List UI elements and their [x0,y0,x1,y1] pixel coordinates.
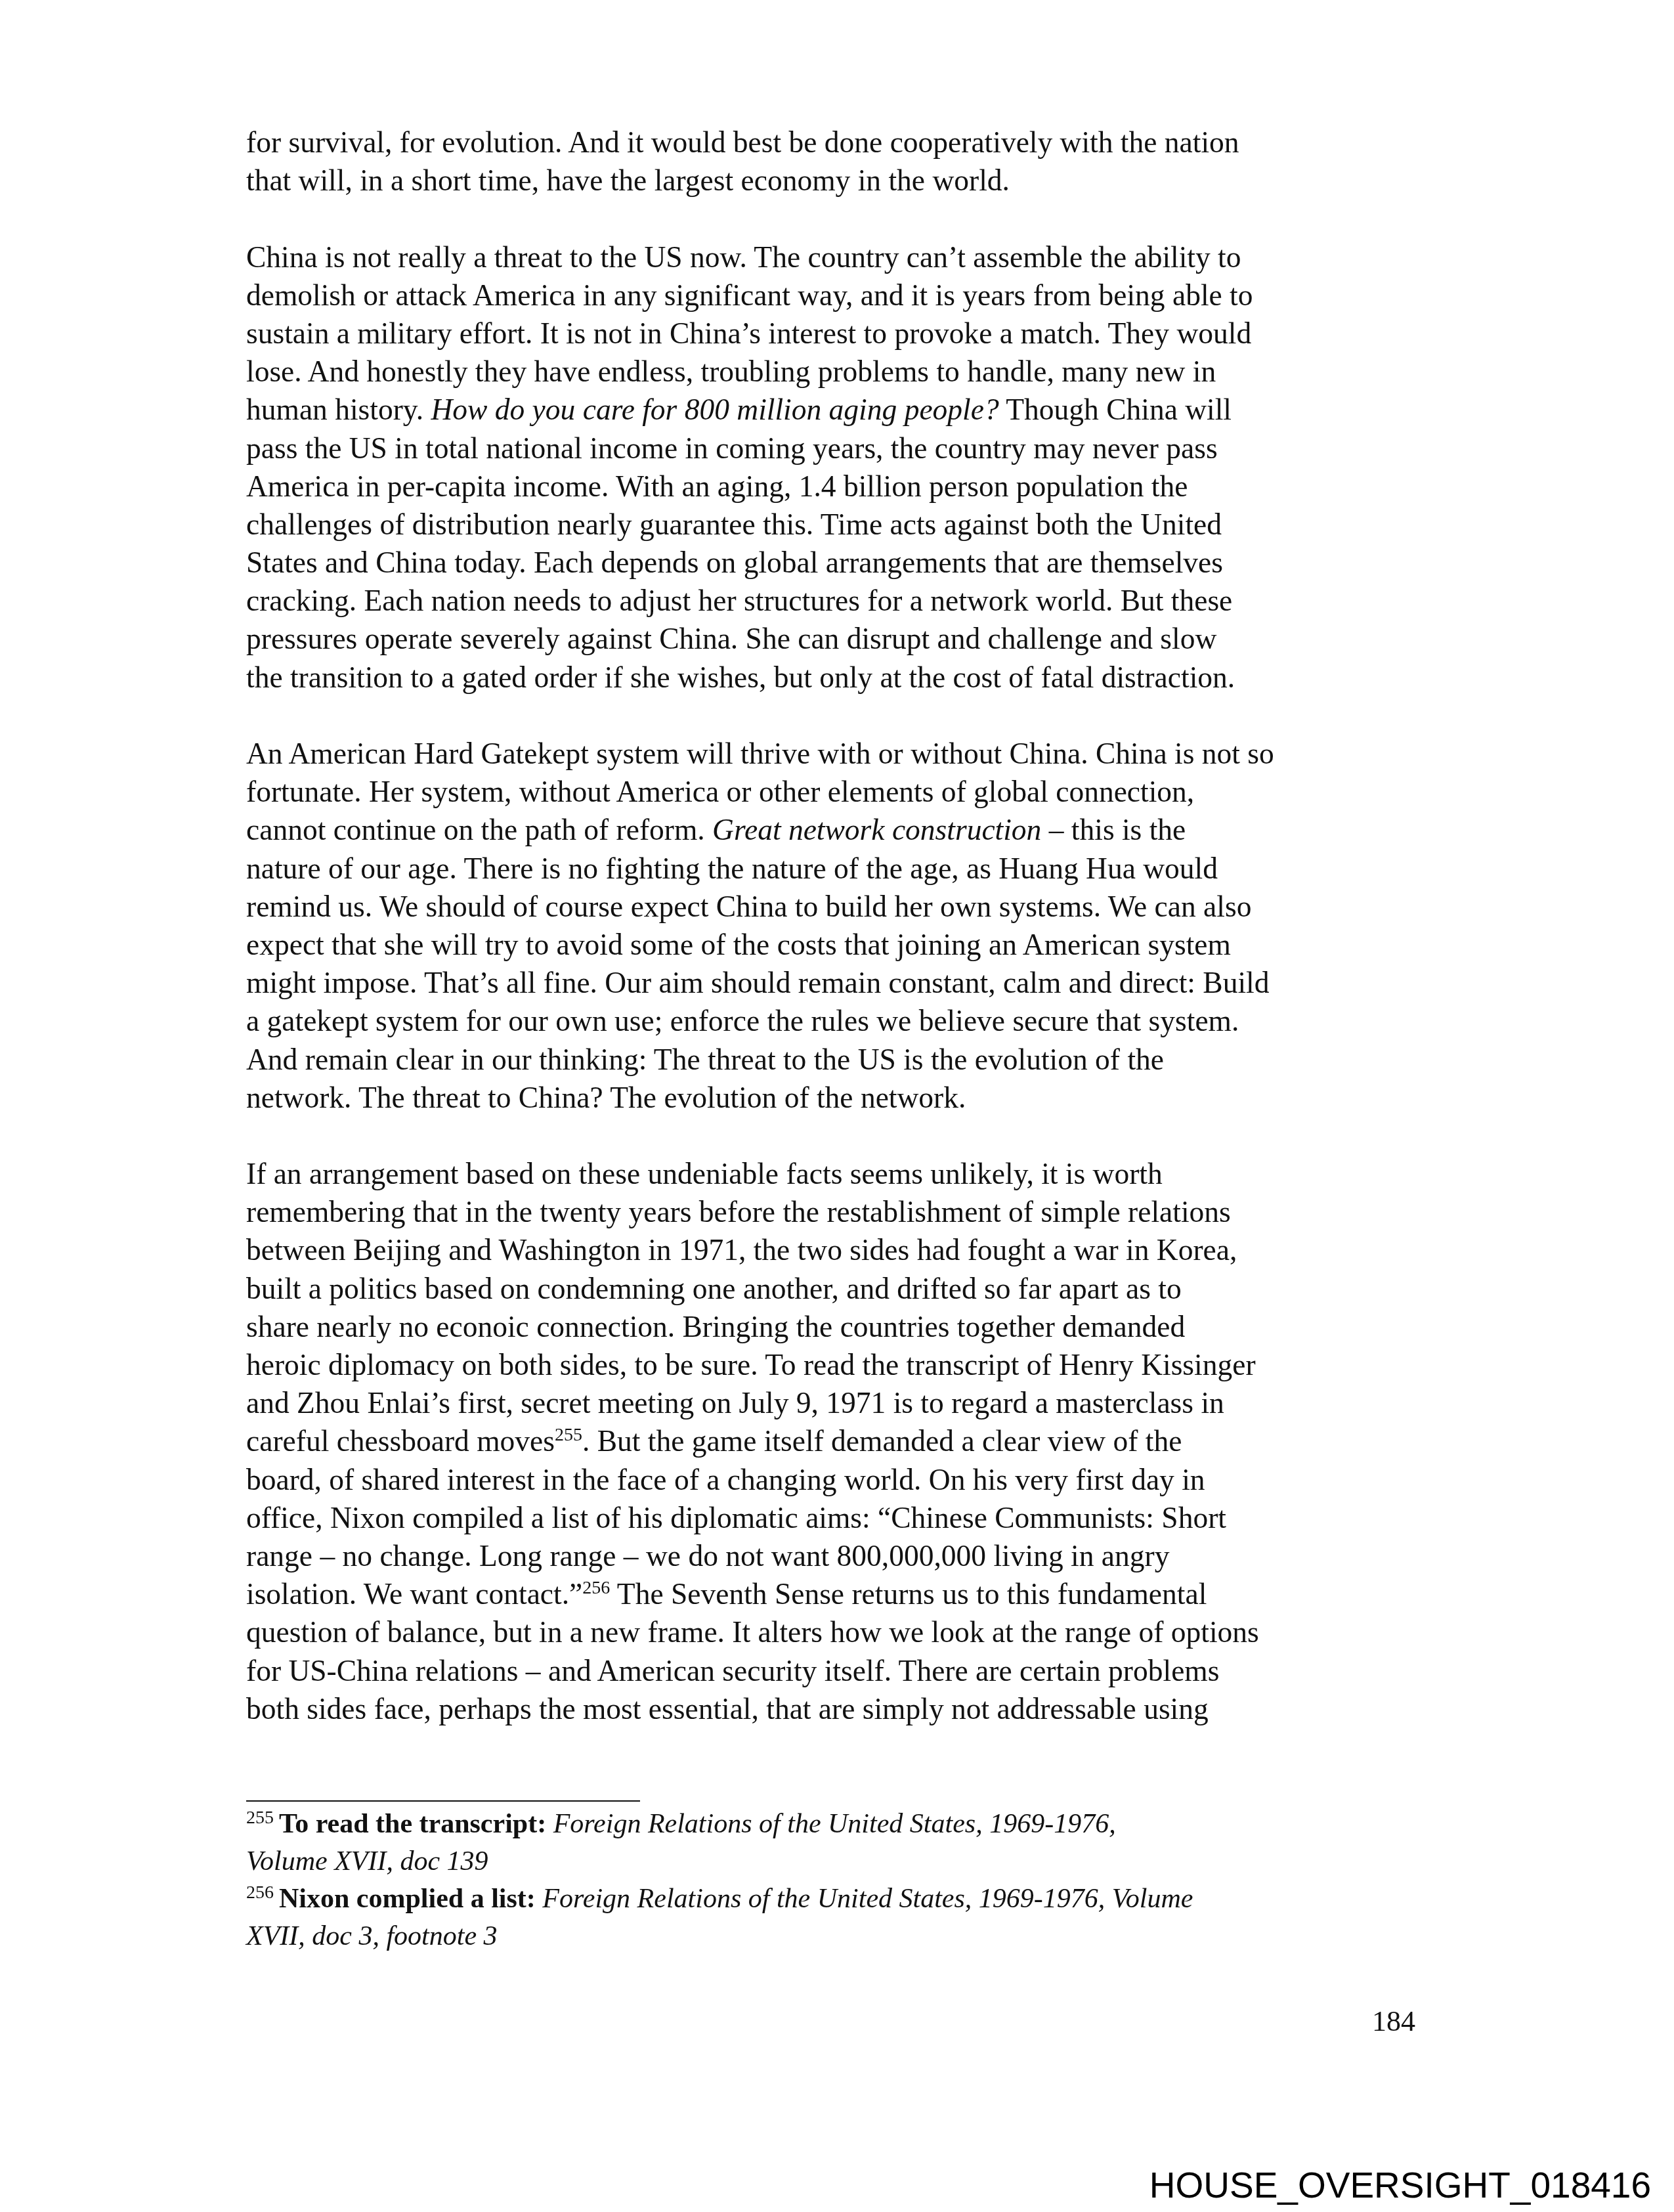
text-run: expect that she will try to avoid some o… [246,928,1231,961]
text-run: remind us. We should of course expect Ch… [246,890,1251,923]
text-line: America in per-capita income. With an ag… [246,467,1428,506]
text-run: States and China today. Each depends on … [246,546,1223,579]
document-page: for survival, for evolution. And it woul… [0,0,1674,2212]
text-line: sustain a military effort. It is not in … [246,314,1428,353]
text-run: question of balance, but in a new frame.… [246,1615,1259,1649]
text-run: pressures operate severely against China… [246,622,1216,655]
text-line: human history. How do you care for 800 m… [246,391,1428,429]
footnote-number: 255 [246,1808,274,1828]
text-run: Though China will [999,393,1232,426]
text-run: between Beijing and Washington in 1971, … [246,1233,1237,1267]
text-run: network. The threat to China? The evolut… [246,1081,966,1114]
text-line: expect that she will try to avoid some o… [246,926,1428,964]
footnote-separator [246,1800,640,1802]
footnote-source: Foreign Relations of the United States, … [553,1809,1116,1839]
text-line: challenges of distribution nearly guaran… [246,506,1428,544]
text-line: heroic diplomacy on both sides, to be su… [246,1346,1428,1384]
paragraph-4: If an arrangement based on these undenia… [246,1155,1428,1728]
italic-text: Great network construction [712,813,1041,846]
footnote-heading: To read the transcript: [279,1809,546,1839]
text-line: question of balance, but in a new frame.… [246,1613,1428,1651]
text-run: The Seventh Sense returns us to this fun… [610,1577,1207,1611]
text-run: nature of our age. There is no fighting … [246,852,1218,885]
text-line: board, of shared interest in the face of… [246,1461,1428,1499]
text-run: for US-China relations – and American se… [246,1654,1219,1687]
paragraph-3: An American Hard Gatekept system will th… [246,735,1428,1117]
text-run: range – no change. Long range – we do no… [246,1539,1169,1572]
text-line: share nearly no econoic connection. Brin… [246,1308,1428,1346]
footnote-heading: Nixon complied a list: [279,1884,536,1914]
footnote-line: XVII, doc 3, footnote 3 [246,1918,1428,1955]
italic-text: How do you care for 800 million aging pe… [431,393,998,426]
footnote-reference: 255 [555,1425,582,1445]
footnote-reference: 256 [582,1578,610,1598]
text-line: cracking. Each nation needs to adjust he… [246,582,1428,620]
text-line: nature of our age. There is no fighting … [246,850,1428,888]
text-run: share nearly no econoic connection. Brin… [246,1310,1185,1343]
text-run: for survival, for evolution. And it woul… [246,125,1239,159]
text-run: remembering that in the twenty years bef… [246,1195,1231,1228]
text-line: demolish or attack America in any signif… [246,276,1428,314]
text-line: An American Hard Gatekept system will th… [246,735,1428,773]
footnote-source: XVII, doc 3, footnote 3 [246,1921,498,1951]
text-line: the transition to a gated order if she w… [246,659,1428,697]
text-run: challenges of distribution nearly guaran… [246,508,1222,541]
footnote-number: 256 [246,1882,274,1903]
text-line: States and China today. Each depends on … [246,544,1428,582]
footnote-256: 256Nixon complied a list: Foreign Relati… [246,1880,1428,1955]
text-run: careful chessboard moves [246,1424,555,1458]
text-run: built a politics based on condemning one… [246,1272,1182,1305]
text-run: board, of shared interest in the face of… [246,1463,1205,1496]
text-run: . But the game itself demanded a clear v… [582,1424,1182,1458]
text-run: sustain a military effort. It is not in … [246,316,1251,350]
footnote-source: Foreign Relations of the United States, … [542,1884,1193,1914]
text-line: between Beijing and Washington in 1971, … [246,1231,1428,1269]
text-run: that will, in a short time, have the lar… [246,163,1010,197]
text-run: lose. And honestly they have endless, tr… [246,355,1216,388]
text-line: range – no change. Long range – we do no… [246,1537,1428,1575]
text-run: If an arrangement based on these undenia… [246,1157,1163,1190]
text-run: fortunate. Her system, without America o… [246,775,1194,808]
text-line: And remain clear in our thinking: The th… [246,1041,1428,1079]
text-line: and Zhou Enlai’s first, secret meeting o… [246,1384,1428,1422]
text-line: for US-China relations – and American se… [246,1652,1428,1690]
text-run: heroic diplomacy on both sides, to be su… [246,1348,1256,1381]
text-run: An American Hard Gatekept system will th… [246,737,1274,770]
text-run: the transition to a gated order if she w… [246,661,1235,694]
text-line: pressures operate severely against China… [246,620,1428,658]
text-line: If an arrangement based on these undenia… [246,1155,1428,1193]
body-text: for survival, for evolution. And it woul… [246,123,1428,1766]
paragraph-1: for survival, for evolution. And it woul… [246,123,1428,200]
text-run: – this is the [1041,813,1186,846]
text-line: remind us. We should of course expect Ch… [246,888,1428,926]
text-line: office, Nixon compiled a list of his dip… [246,1499,1428,1537]
text-line: for survival, for evolution. And it woul… [246,123,1428,162]
text-run: demolish or attack America in any signif… [246,278,1253,312]
footnote-line: 256Nixon complied a list: Foreign Relati… [246,1880,1428,1918]
text-line: fortunate. Her system, without America o… [246,773,1428,811]
footnote-source: Volume XVII, doc 139 [246,1846,488,1876]
text-line: pass the US in total national income in … [246,429,1428,467]
text-run: And remain clear in our thinking: The th… [246,1043,1164,1076]
text-run: America in per-capita income. With an ag… [246,469,1188,503]
text-line: remembering that in the twenty years bef… [246,1193,1428,1231]
text-line: a gatekept system for our own use; enfor… [246,1002,1428,1040]
text-line: both sides face, perhaps the most essent… [246,1690,1428,1728]
text-line: lose. And honestly they have endless, tr… [246,353,1428,391]
text-run: isolation. We want contact.” [246,1577,582,1611]
footnote-255: 255To read the transcript: Foreign Relat… [246,1806,1428,1880]
text-run: a gatekept system for our own use; enfor… [246,1004,1239,1037]
text-line: isolation. We want contact.”256 The Seve… [246,1575,1428,1613]
paragraph-2: China is not really a threat to the US n… [246,238,1428,697]
footnote-line: 255To read the transcript: Foreign Relat… [246,1806,1428,1843]
text-run: both sides face, perhaps the most essent… [246,1692,1209,1725]
text-line: might impose. That’s all fine. Our aim s… [246,964,1428,1002]
footnotes: 255To read the transcript: Foreign Relat… [246,1806,1428,1955]
text-run: human history. [246,393,431,426]
text-run: and Zhou Enlai’s first, secret meeting o… [246,1386,1224,1420]
footnote-line: Volume XVII, doc 139 [246,1843,1428,1880]
text-line: that will, in a short time, have the lar… [246,162,1428,200]
text-run: China is not really a threat to the US n… [246,240,1241,274]
text-line: network. The threat to China? The evolut… [246,1079,1428,1117]
text-run: office, Nixon compiled a list of his dip… [246,1501,1226,1534]
text-run: cannot continue on the path of reform. [246,813,712,846]
page-number: 184 [1372,2003,1415,2041]
text-run: might impose. That’s all fine. Our aim s… [246,966,1270,999]
text-line: China is not really a threat to the US n… [246,238,1428,276]
text-line: cannot continue on the path of reform. G… [246,811,1428,849]
text-line: careful chessboard moves255. But the gam… [246,1422,1428,1460]
text-line: built a politics based on condemning one… [246,1270,1428,1308]
text-run: pass the US in total national income in … [246,431,1218,465]
bates-stamp: HOUSE_OVERSIGHT_018416 [1149,2165,1651,2205]
text-run: cracking. Each nation needs to adjust he… [246,584,1232,617]
